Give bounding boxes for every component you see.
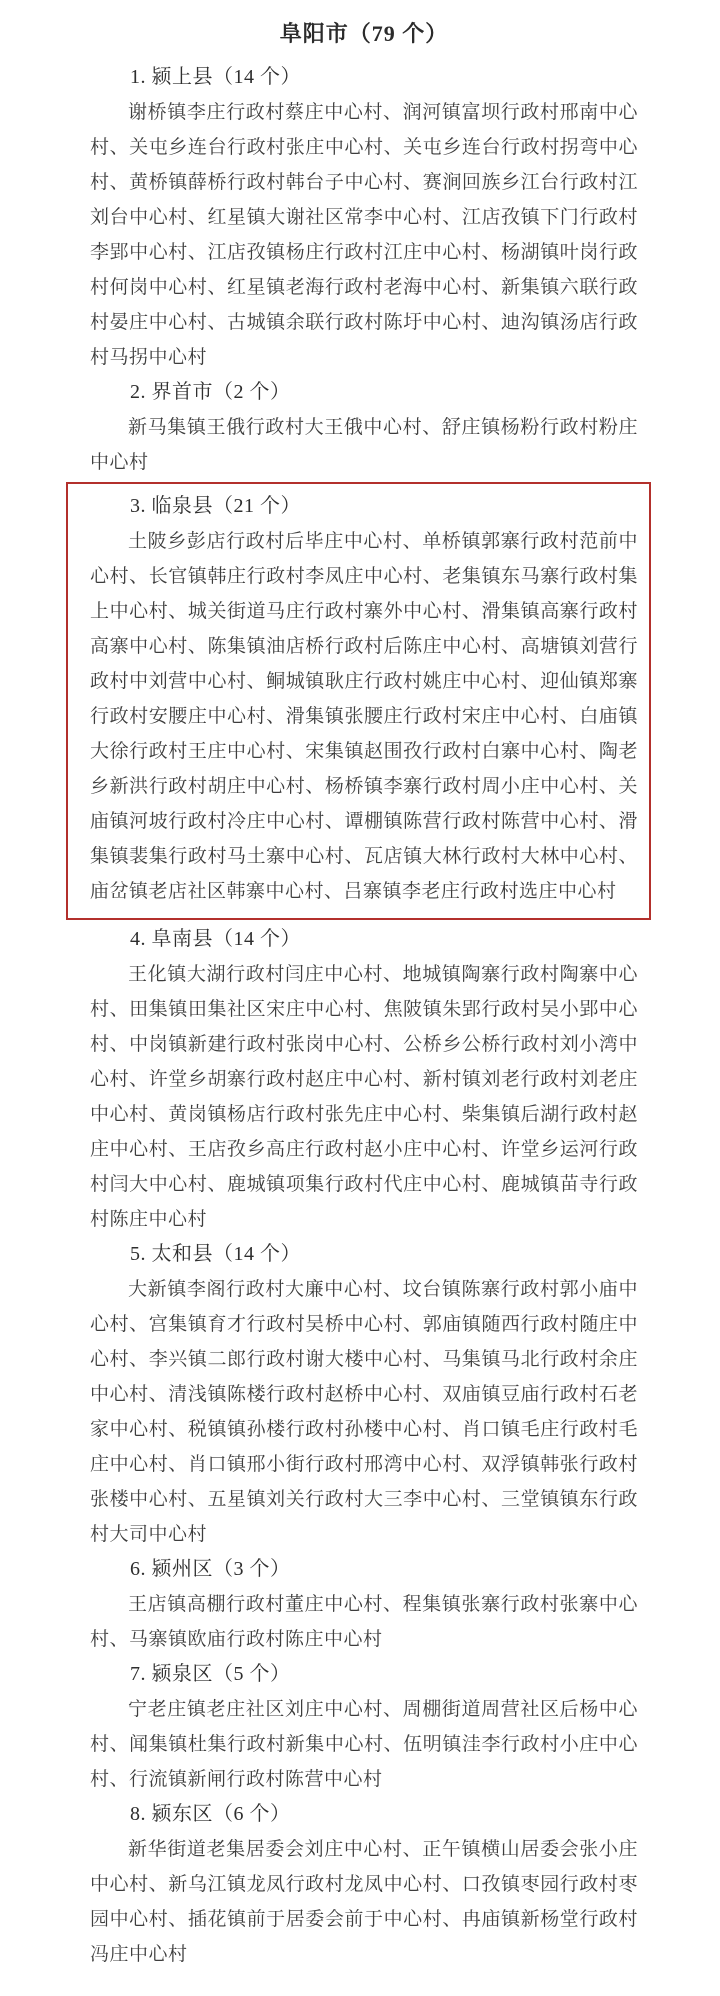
section-funan: 4. 阜南县（14 个） 王化镇大湖行政村闫庄中心村、地城镇陶寨行政村陶寨中心村… [90,922,638,1237]
section-heading: 6. 颍州区（3 个） [90,1552,638,1587]
section-body: 土陂乡彭店行政村后毕庄中心村、单桥镇郭寨行政村范前中心村、长官镇韩庄行政村李凤庄… [90,524,638,909]
section-body: 宁老庄镇老庄社区刘庄中心村、周棚街道周营社区后杨中心村、闻集镇杜集行政村新集中心… [90,1692,638,1797]
section-yingzhou: 6. 颍州区（3 个） 王店镇高棚行政村董庄中心村、程集镇张寨行政村张寨中心村、… [90,1552,638,1657]
section-heading: 8. 颍东区（6 个） [90,1797,638,1832]
section-yingquan: 7. 颍泉区（5 个） 宁老庄镇老庄社区刘庄中心村、周棚街道周营社区后杨中心村、… [90,1657,638,1797]
section-jieshou: 2. 界首市（2 个） 新马集镇王俄行政村大王俄中心村、舒庄镇杨粉行政村粉庄中心… [90,375,638,480]
highlight-box: 3. 临泉县（21 个） 土陂乡彭店行政村后毕庄中心村、单桥镇郭寨行政村范前中心… [66,482,651,920]
section-body: 新华街道老集居委会刘庄中心村、正午镇横山居委会张小庄中心村、新乌江镇龙凤行政村龙… [90,1832,638,1972]
document-page: 阜阳市（79 个） 1. 颍上县（14 个） 谢桥镇李庄行政村蔡庄中心村、润河镇… [0,0,720,1996]
section-body: 新马集镇王俄行政村大王俄中心村、舒庄镇杨粉行政村粉庄中心村 [90,410,638,480]
section-yingdong: 8. 颍东区（6 个） 新华街道老集居委会刘庄中心村、正午镇横山居委会张小庄中心… [90,1797,638,1972]
section-heading: 7. 颍泉区（5 个） [90,1657,638,1692]
section-heading: 2. 界首市（2 个） [90,375,638,410]
section-heading: 5. 太和县（14 个） [90,1237,638,1272]
section-body: 大新镇李阁行政村大廉中心村、坟台镇陈寨行政村郭小庙中心村、宫集镇育才行政村吴桥中… [90,1272,638,1552]
section-yingshang: 1. 颍上县（14 个） 谢桥镇李庄行政村蔡庄中心村、润河镇富坝行政村邢南中心村… [90,60,638,375]
section-body: 王店镇高棚行政村董庄中心村、程集镇张寨行政村张寨中心村、马寨镇欧庙行政村陈庄中心… [90,1587,638,1657]
section-linquan: 3. 临泉县（21 个） 土陂乡彭店行政村后毕庄中心村、单桥镇郭寨行政村范前中心… [90,489,638,909]
section-heading: 1. 颍上县（14 个） [90,60,638,95]
section-body: 王化镇大湖行政村闫庄中心村、地城镇陶寨行政村陶寨中心村、田集镇田集社区宋庄中心村… [90,957,638,1237]
section-heading: 4. 阜南县（14 个） [90,922,638,957]
section-taihe: 5. 太和县（14 个） 大新镇李阁行政村大廉中心村、坟台镇陈寨行政村郭小庙中心… [90,1237,638,1552]
section-heading: 3. 临泉县（21 个） [90,489,638,524]
section-body: 谢桥镇李庄行政村蔡庄中心村、润河镇富坝行政村邢南中心村、关屯乡连台行政村张庄中心… [90,95,638,375]
page-title: 阜阳市（79 个） [90,14,638,54]
